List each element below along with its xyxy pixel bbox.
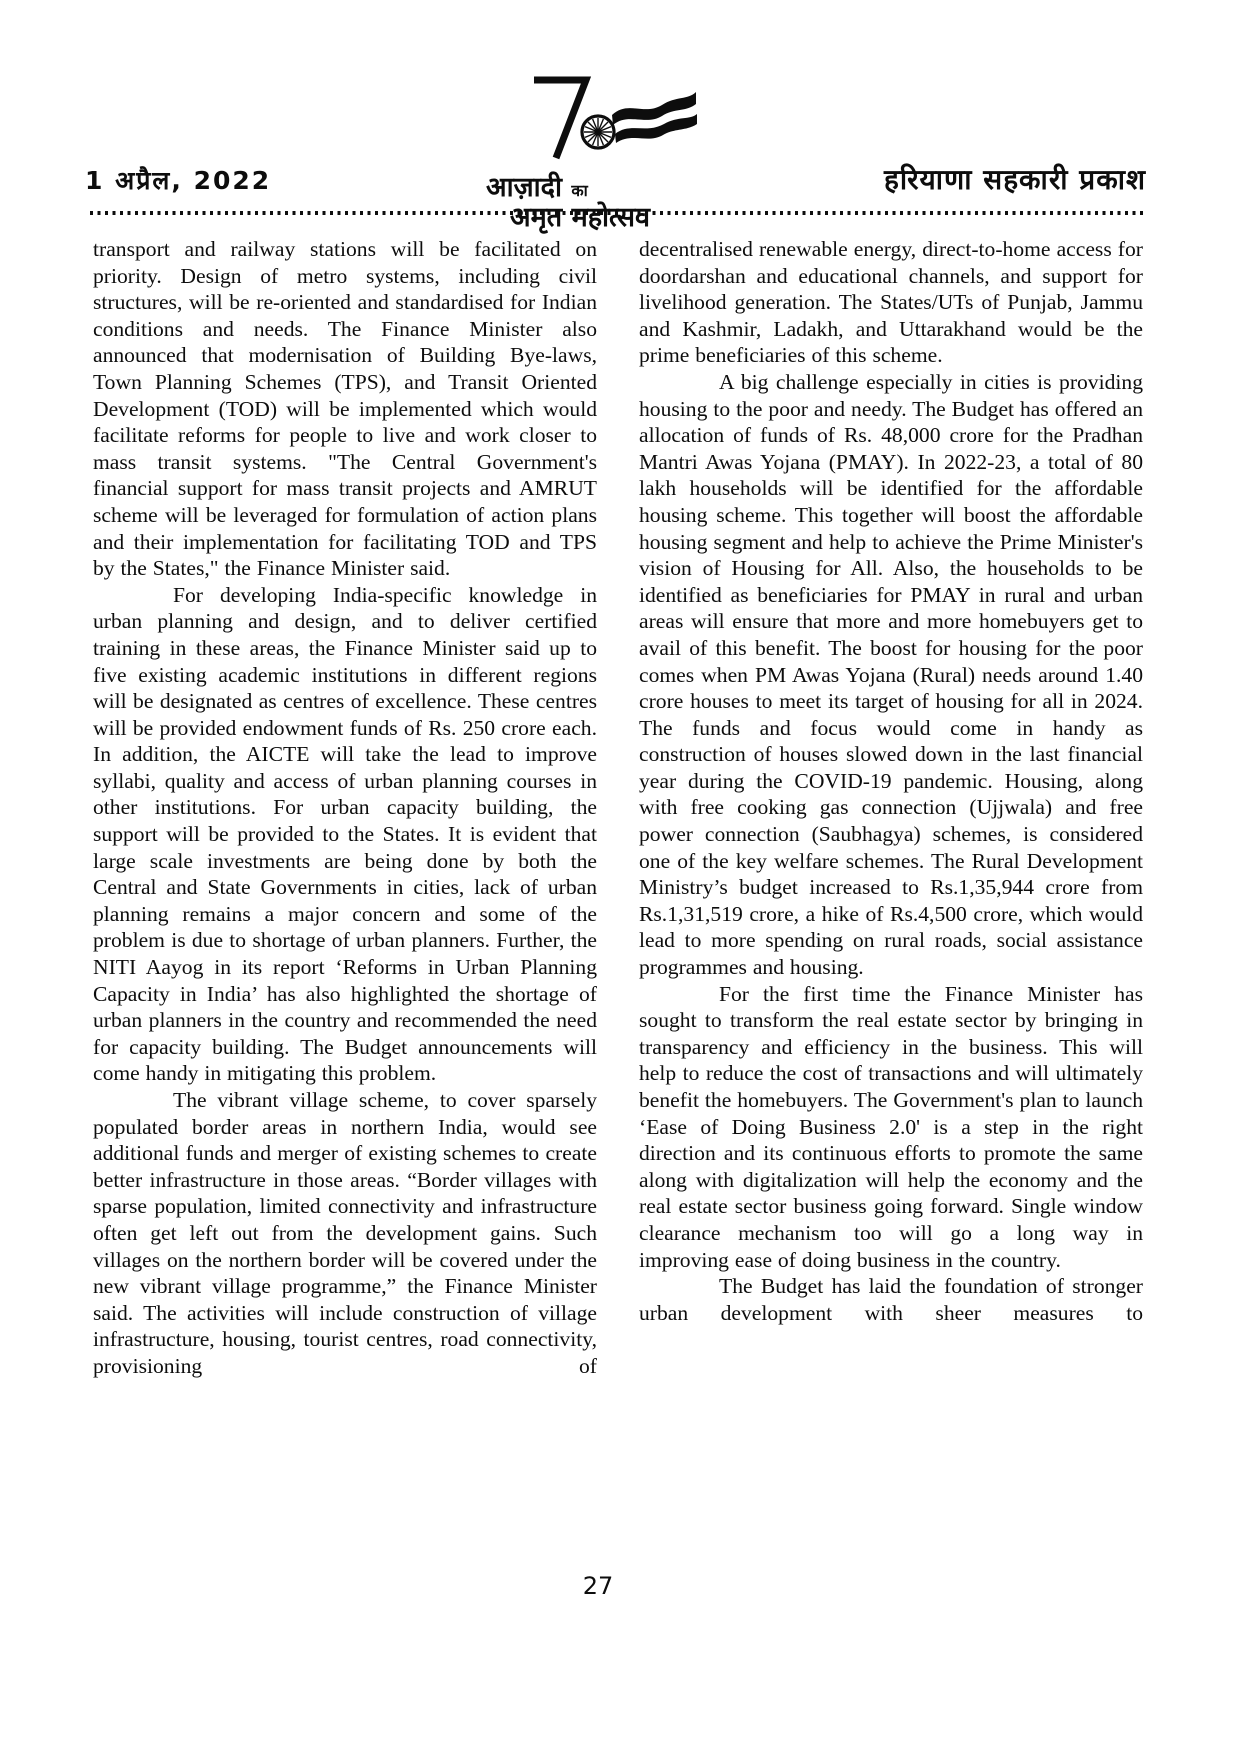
article-paragraph: For developing India-specific knowledge … [93,582,597,1087]
issue-date: 1 अप्रैल, 2022 [85,163,271,197]
flag-ribbon-icon [612,92,697,143]
chakra-icon [582,116,614,148]
article-paragraph: For the first time the Finance Minister … [639,981,1143,1274]
article-right-column: decentralised renewable energy, direct-t… [639,236,1143,1380]
amrit-mahotsav-logo: आज़ादी का अमृत महोत्सव [486,72,726,231]
dotted-divider [90,211,1143,215]
page-number: 27 [518,1572,678,1600]
logo-text-line1: आज़ादी का [486,174,726,201]
article-paragraph: The Budget has laid the foundation of st… [639,1273,1143,1326]
logo-text-line2: अमृत महोत्सव [510,204,726,231]
article-paragraph: The vibrant village scheme, to cover spa… [93,1087,597,1380]
article-body: transport and railway stations will be f… [93,236,1143,1380]
logo-text-suffix: का [571,181,587,200]
article-paragraph: decentralised renewable energy, direct-t… [639,236,1143,369]
article-paragraph: A big challenge especially in cities is … [639,369,1143,981]
publication-title: हरियाणा सहकारी प्रकाश [884,160,1146,198]
azadi-75-flag-icon [512,72,698,176]
article-paragraph: transport and railway stations will be f… [93,236,597,582]
article-left-column: transport and railway stations will be f… [93,236,597,1380]
